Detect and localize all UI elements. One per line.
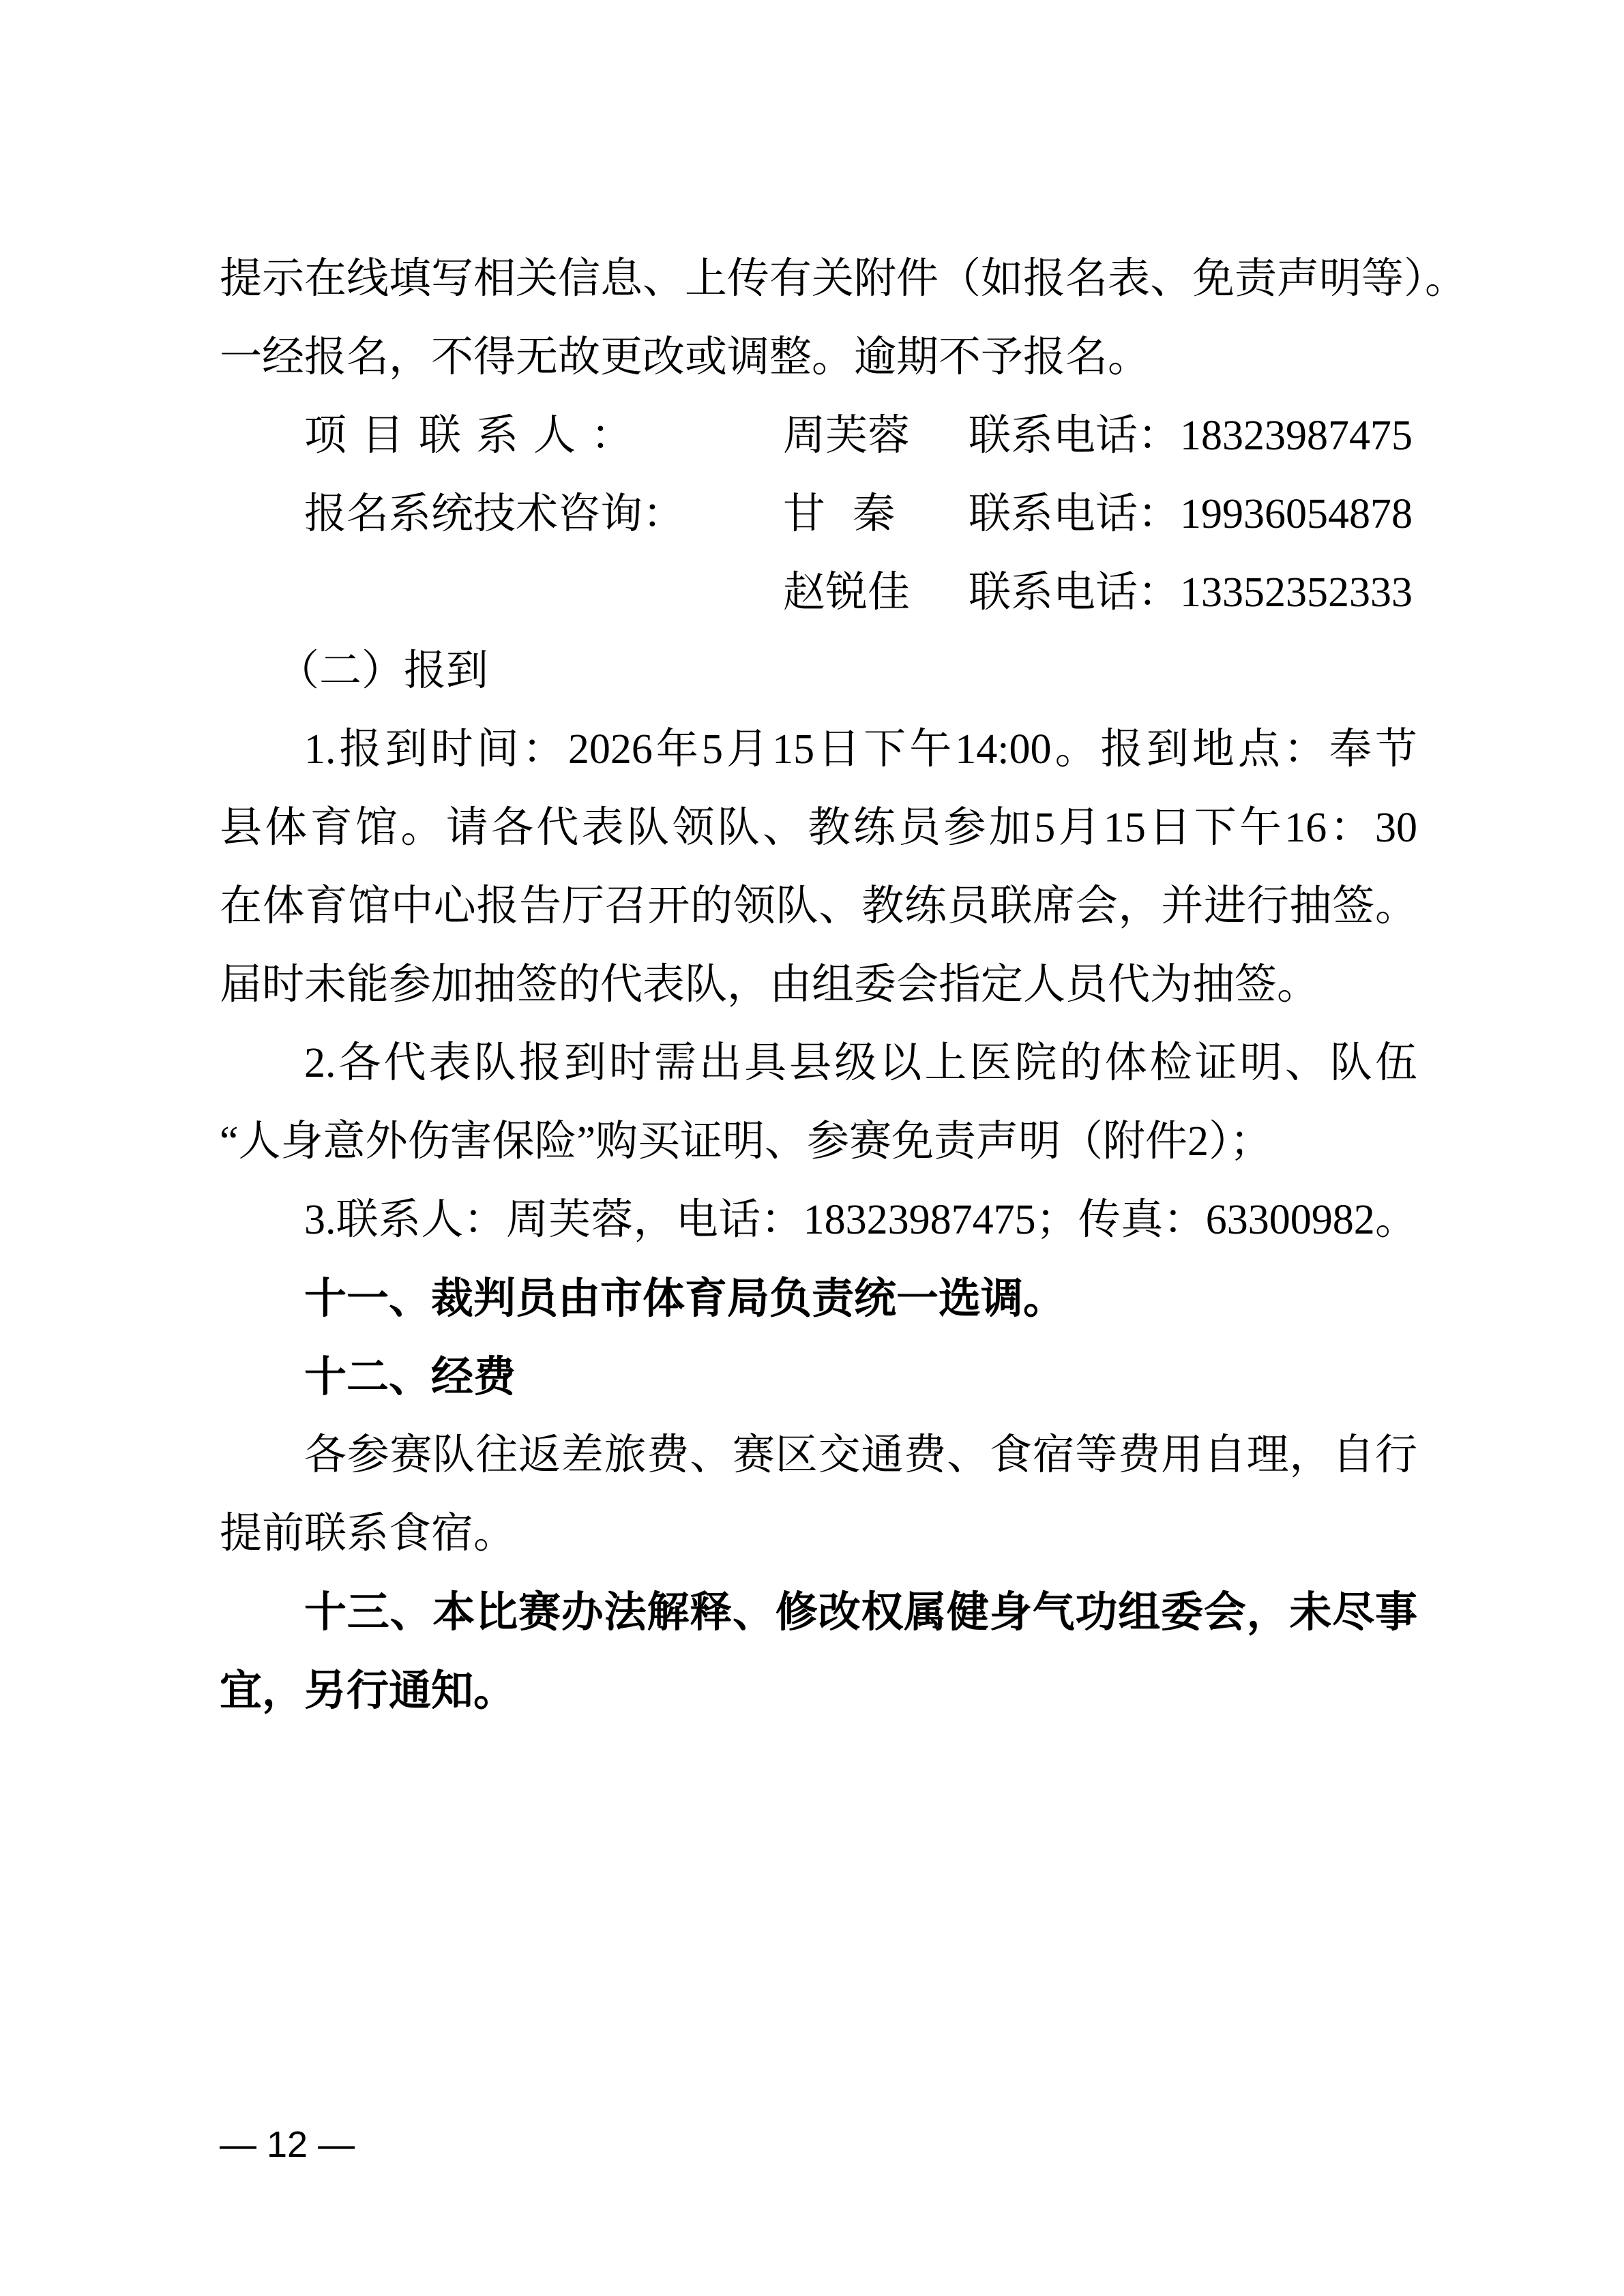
report-item3-line: 3.联系人：周芙蓉，电话：18323987475；传真：63300982。 xyxy=(220,1181,1417,1259)
report-item1-line-2: 县体育馆。请各代表队领队、教练员参加5月15日下午16：30 xyxy=(220,789,1417,867)
contact-phone: 13352352333 xyxy=(1180,554,1413,632)
section-12-heading: 十二、经费 xyxy=(220,1338,1417,1416)
contact-label: 项目联系人： xyxy=(220,397,783,475)
section-13-line-1: 十三、本比赛办法解释、修改权属健身气功组委会，未尽事 xyxy=(220,1573,1417,1652)
contact-name: 周芙蓉 xyxy=(783,397,969,475)
report-item1-line-3: 在体育馆中心报告厅召开的领队、教练员联席会，并进行抽签。 xyxy=(220,867,1417,946)
section-13-line-2: 宜，另行通知。 xyxy=(220,1652,1417,1730)
contact-row-project: 项目联系人： 周芙蓉 联系电话： 18323987475 xyxy=(220,397,1417,475)
document-page: 提示在线填写相关信息、上传有关附件（如报名表、免责声明等）。 一经报名，不得无故… xyxy=(220,240,1417,1730)
page-number: — 12 — xyxy=(220,2121,355,2168)
contact-phone-label: 联系电话： xyxy=(969,397,1180,475)
report-item1-line-4: 届时未能参加抽签的代表队，由组委会指定人员代为抽签。 xyxy=(220,946,1417,1024)
report-item2-line-2: “人身意外伤害保险”购买证明、参赛免责声明（附件2）； xyxy=(220,1103,1417,1181)
registration-paragraph-line-1: 提示在线填写相关信息、上传有关附件（如报名表、免责声明等）。 xyxy=(220,240,1417,318)
contact-name: 赵锐佳 xyxy=(783,554,969,632)
contact-name: 甘秦 xyxy=(783,475,969,554)
contact-row-tech-support-2: 赵锐佳 联系电话： 13352352333 xyxy=(220,554,1417,632)
contact-phone: 18323987475 xyxy=(1180,397,1413,475)
contact-label: 报名系统技术咨询： xyxy=(220,475,783,554)
section-report-heading: （二）报到 xyxy=(192,632,1417,711)
report-item1-line-1: 1.报到时间：2026年5月15日下午14:00。报到地点：奉节 xyxy=(220,711,1417,789)
contact-phone-label: 联系电话： xyxy=(969,475,1180,554)
contact-phone-label: 联系电话： xyxy=(969,554,1180,632)
contact-phone: 19936054878 xyxy=(1180,475,1413,554)
contact-row-tech-support-1: 报名系统技术咨询： 甘秦 联系电话： 19936054878 xyxy=(220,475,1417,554)
section-12-body-line-2: 提前联系食宿。 xyxy=(220,1495,1417,1573)
registration-paragraph-line-2: 一经报名，不得无故更改或调整。逾期不予报名。 xyxy=(220,318,1417,397)
section-12-body-line-1: 各参赛队往返差旅费、赛区交通费、食宿等费用自理，自行 xyxy=(220,1416,1417,1495)
report-item2-line-1: 2.各代表队报到时需出具县级以上医院的体检证明、队伍 xyxy=(220,1024,1417,1103)
section-11-heading: 十一、裁判员由市体育局负责统一选调。 xyxy=(220,1259,1417,1338)
